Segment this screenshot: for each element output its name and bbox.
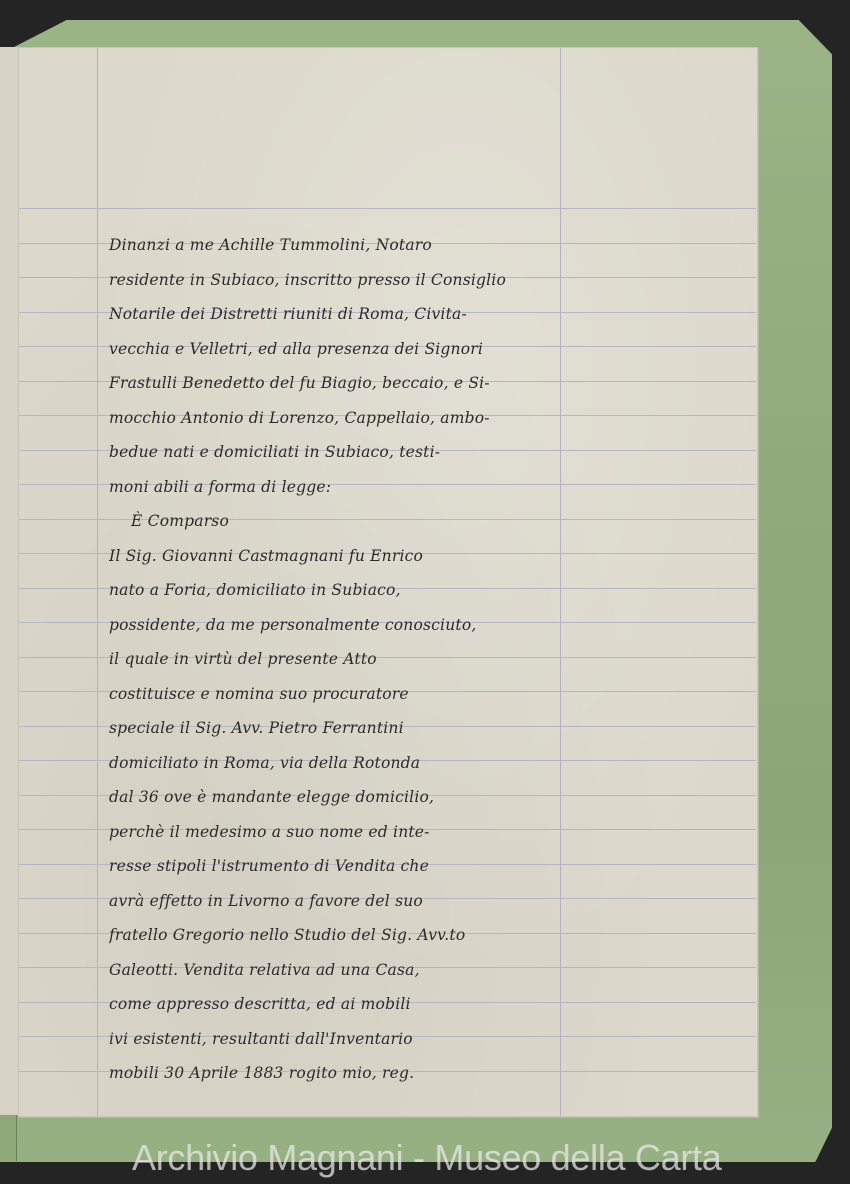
handwritten-text-block: Dinanzi a me Achille Tummolini, Notaro r… xyxy=(109,228,619,1091)
text-line: ivi esistenti, resultanti dall'Inventari… xyxy=(109,1022,619,1057)
ruled-manuscript-page: Dinanzi a me Achille Tummolini, Notaro r… xyxy=(18,47,758,1117)
cover-left-flap xyxy=(0,1115,17,1161)
text-line: fratello Gregorio nello Studio del Sig. … xyxy=(109,918,619,953)
text-line: bedue nati e domiciliati in Subiaco, tes… xyxy=(109,435,619,470)
text-line: residente in Subiaco, inscritto presso i… xyxy=(109,263,619,298)
text-line: possidente, da me personalmente conosciu… xyxy=(109,608,619,643)
previous-page-edge xyxy=(0,47,19,1115)
section-heading-comparso: È Comparso xyxy=(109,504,619,539)
text-line: resse stipoli l'istrumento di Vendita ch… xyxy=(109,849,619,884)
text-line: avrà effetto in Livorno a favore del suo xyxy=(109,884,619,919)
text-line: Galeotti. Vendita relativa ad una Casa, xyxy=(109,953,619,988)
text-line: moni abili a forma di legge: xyxy=(109,470,619,505)
text-line: come appresso descritta, ed ai mobili xyxy=(109,987,619,1022)
archive-watermark: Archivio Magnani - Museo della Carta xyxy=(132,1137,842,1179)
text-line: Dinanzi a me Achille Tummolini, Notaro xyxy=(109,228,619,263)
text-line: mocchio Antonio di Lorenzo, Cappellaio, … xyxy=(109,401,619,436)
text-line: Il Sig. Giovanni Castmagnani fu Enrico xyxy=(109,539,619,574)
text-line: speciale il Sig. Avv. Pietro Ferrantini xyxy=(109,711,619,746)
text-line: vecchia e Velletri, ed alla presenza dei… xyxy=(109,332,619,367)
text-line: nato a Foria, domiciliato in Subiaco, xyxy=(109,573,619,608)
text-line: costituisce e nomina suo procuratore xyxy=(109,677,619,712)
text-line: dal 36 ove è mandante elegge domicilio, xyxy=(109,780,619,815)
text-line: mobili 30 Aprile 1883 rogito mio, reg. xyxy=(109,1056,619,1091)
text-line: perchè il medesimo a suo nome ed inte- xyxy=(109,815,619,850)
text-line: Notarile dei Distretti riuniti di Roma, … xyxy=(109,297,619,332)
ruled-line xyxy=(19,208,756,209)
text-line: domiciliato in Roma, via della Rotonda xyxy=(109,746,619,781)
text-line: Frastulli Benedetto del fu Biagio, becca… xyxy=(109,366,619,401)
text-line: il quale in virtù del presente Atto xyxy=(109,642,619,677)
